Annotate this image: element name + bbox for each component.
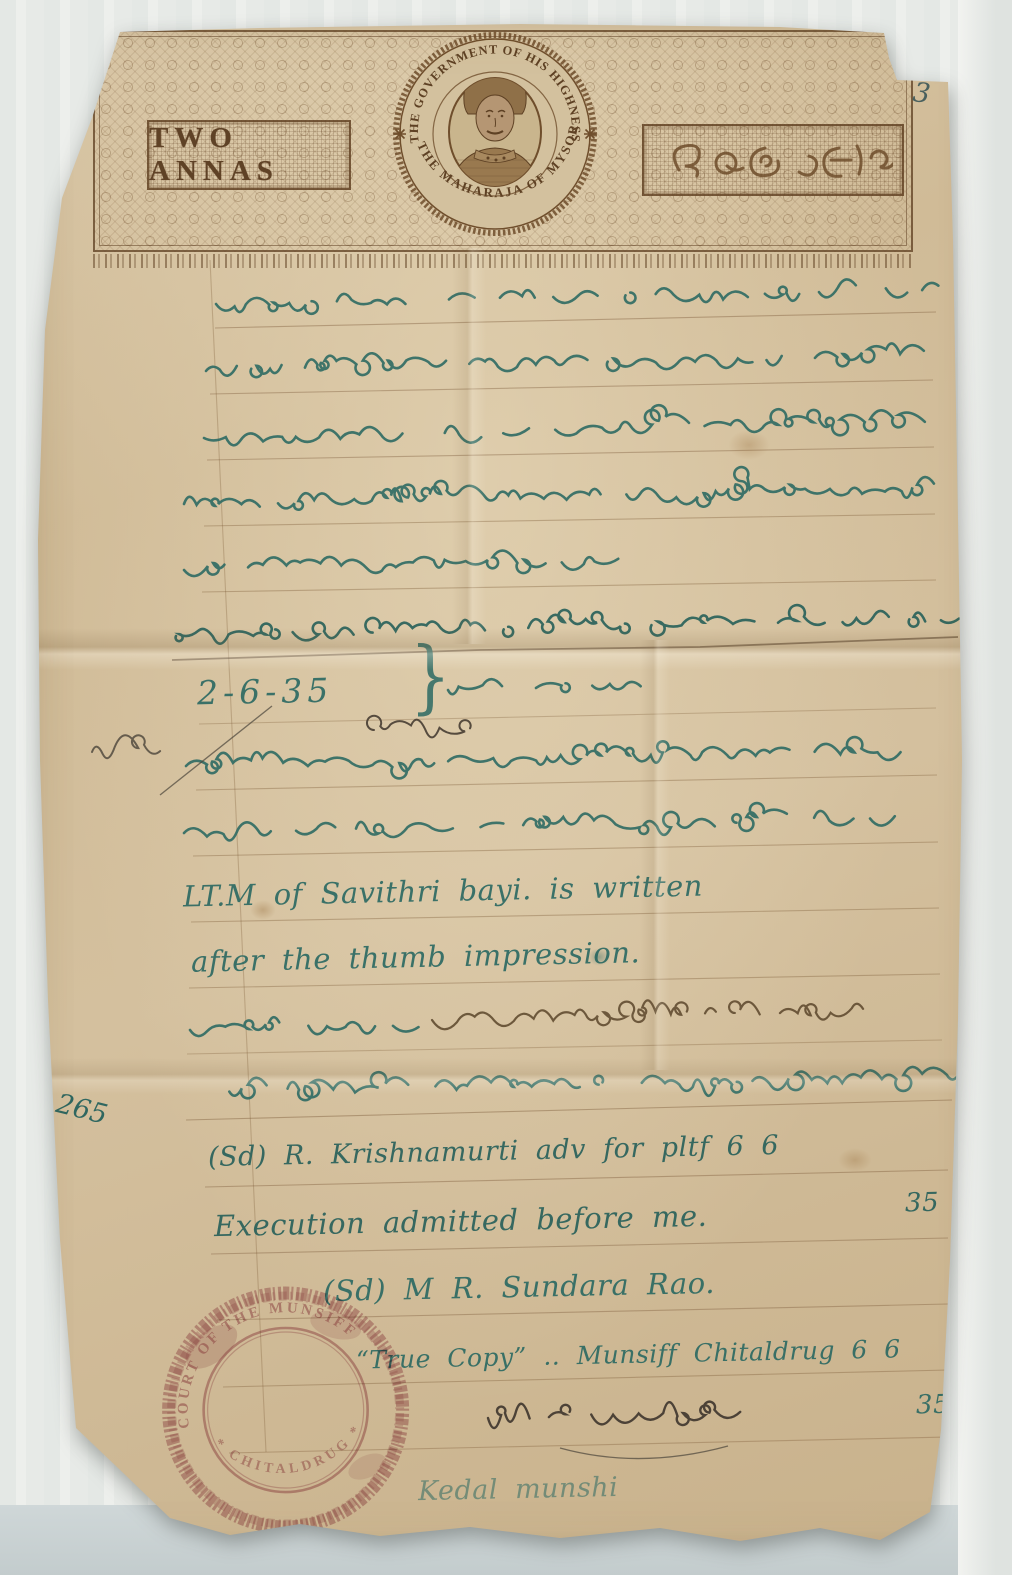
fleuron-right-icon bbox=[584, 128, 596, 140]
svg-text:* CHITALDRUG *: * CHITALDRUG * bbox=[210, 1419, 371, 1486]
ruled-line bbox=[187, 1040, 942, 1054]
revenue-stamp-band: TWO ANNAS bbox=[93, 30, 913, 252]
page-number-top-right: 3 bbox=[911, 77, 932, 110]
kannada-long-line bbox=[229, 1060, 959, 1106]
ruled-line bbox=[202, 580, 936, 592]
ruled-line bbox=[210, 380, 933, 394]
denomination-box-english: TWO ANNAS bbox=[147, 120, 351, 190]
stain-spot bbox=[838, 1148, 872, 1172]
ruled-line bbox=[196, 775, 937, 790]
witness-signature-brown bbox=[432, 996, 864, 1030]
court-seal-stamp: COURT OF THE MUNSIFF * CHITALDRUG * bbox=[135, 1264, 437, 1561]
bottom-signature bbox=[488, 1399, 741, 1429]
ruled-line bbox=[205, 1170, 948, 1187]
vertical-crease-2 bbox=[640, 640, 670, 1070]
fleuron-left-icon bbox=[394, 128, 406, 140]
margin-exhibit-number: 265 bbox=[53, 1088, 111, 1131]
denomination-box-kannada bbox=[642, 124, 904, 196]
kannada-line-3 bbox=[204, 400, 926, 449]
kannada-denomination-glyphs bbox=[653, 134, 893, 186]
witnesses-label bbox=[190, 1014, 419, 1037]
kannada-line-8 bbox=[186, 736, 901, 783]
ruled-line bbox=[215, 312, 936, 328]
horizontal-fold-crease-2 bbox=[40, 1058, 962, 1094]
kannada-line-1 bbox=[216, 278, 939, 316]
ruled-line bbox=[193, 842, 938, 856]
denomination-text: TWO ANNAS bbox=[149, 122, 349, 188]
ruled-line bbox=[204, 514, 935, 526]
kannada-line-6 bbox=[175, 602, 959, 646]
stain-spot bbox=[728, 430, 770, 460]
kannada-line-2 bbox=[206, 342, 924, 380]
ltm-note-line2: after the thumb impression. bbox=[191, 935, 641, 978]
kannada-line-4 bbox=[183, 463, 934, 517]
kannada-after-date bbox=[448, 675, 670, 694]
brace-glyph: } bbox=[410, 631, 451, 724]
margin-initials-scribble bbox=[92, 735, 161, 759]
ltm-note-line1: LT.M of Savithri bayi. is written bbox=[183, 869, 704, 914]
kannada-line-5 bbox=[184, 548, 619, 580]
fold-crease-line bbox=[172, 637, 958, 660]
execution-admitted-line: Execution admitted before me. bbox=[214, 1199, 708, 1243]
true-copy-line: “True Copy” .. Munsiff Chitaldrug 6 6 bbox=[356, 1334, 901, 1374]
ruled-line bbox=[210, 260, 266, 1452]
true-copy-date-denominator: 35 bbox=[916, 1390, 951, 1421]
ruled-line bbox=[199, 708, 936, 724]
advocate-date-denominator: 35 bbox=[905, 1188, 940, 1219]
kannada-line-9 bbox=[184, 800, 895, 845]
paper-wrap: TWO ANNAS bbox=[0, 0, 1012, 1575]
ruled-line bbox=[186, 1100, 952, 1120]
seal-stamp-text-bottom: * CHITALDRUG * bbox=[210, 1419, 371, 1486]
advocate-signature-line: (Sd) R. Krishnamurti adv for pltf 6 6 bbox=[208, 1130, 780, 1173]
bottom-note: Kedal munshi bbox=[418, 1472, 619, 1507]
vertical-crease-1 bbox=[452, 248, 486, 644]
horizontal-fold-crease-1 bbox=[36, 628, 964, 670]
ruled-line bbox=[207, 447, 934, 460]
date-handwritten: 2-6-35 bbox=[197, 671, 334, 713]
maharaja-medallion: THE GOVERNMENT OF HIS HIGHNESS THE MAHAR… bbox=[390, 30, 600, 242]
photo-of-stamped-document: TWO ANNAS bbox=[0, 0, 1012, 1575]
stamp-paper: TWO ANNAS bbox=[0, 0, 1012, 1575]
